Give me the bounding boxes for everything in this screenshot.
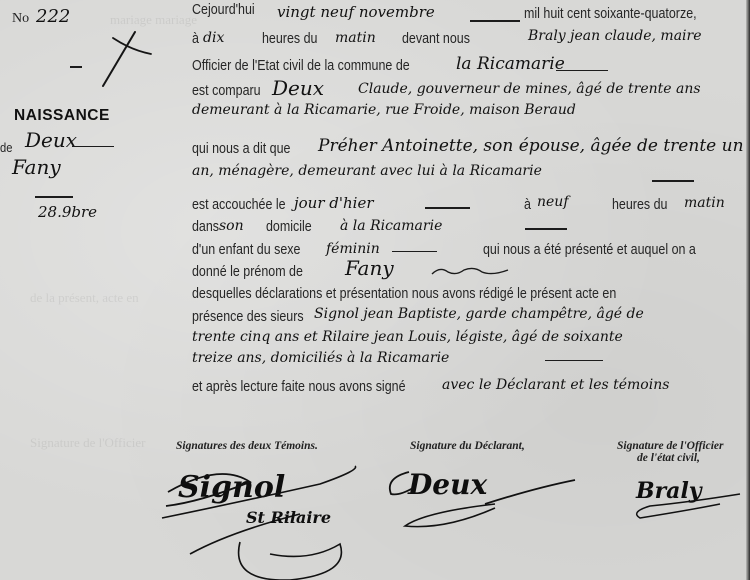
officer-signature-label-2: de l'état civil, [637, 452, 700, 464]
print-text: desquelles déclarations et présentation … [192, 286, 616, 302]
print-text: d'un enfant du sexe [192, 242, 300, 258]
print-text: Officier de l'Etat civil de la commune d… [192, 58, 410, 74]
record-number-label: No [12, 11, 29, 27]
witnesses-signature-label: Signatures des deux Témoins. [176, 440, 318, 452]
print-text: heures du [262, 31, 317, 47]
de-label: de [0, 140, 12, 155]
handwritten-given-name: Fany [345, 256, 394, 280]
print-text: mil huit cent soixante-quatorze, [524, 6, 697, 22]
record-number: 222 [36, 6, 70, 27]
fill-line [652, 180, 694, 182]
handwritten-address: demeurant à la Ricamarie, rue Froide, ma… [192, 102, 576, 118]
print-text: domicile [266, 219, 312, 235]
print-text: qui nous a dit que [192, 141, 290, 157]
print-text: qui nous a été présenté et auquel on a [483, 242, 696, 258]
declarant-signature-label: Signature du Déclarant, [410, 440, 525, 452]
fill-line [556, 70, 608, 71]
handwritten-signing-note: avec le Déclarant et les témoins [442, 377, 669, 393]
declarant-signature-flourish [385, 460, 585, 530]
fill-line [392, 251, 437, 252]
print-text: à [524, 197, 531, 213]
civil-record-page: mariage mariage de la présent, acte en S… [0, 0, 750, 580]
underline [35, 196, 73, 198]
handwritten-sex: féminin [326, 241, 380, 257]
date-note: 28.9bre [38, 203, 97, 221]
handwritten-witness-1: Signol jean Baptiste, garde champêtre, â… [314, 306, 644, 322]
print-text: présence des sieurs [192, 309, 304, 325]
print-text: donné le prénom de [192, 264, 303, 280]
handwritten-birth-hour: neuf [537, 194, 569, 210]
print-text: dans [192, 219, 219, 235]
handwritten-birth-period: matin [684, 195, 725, 211]
dash-mark [70, 66, 82, 68]
handwritten-declarant-details: Claude, gouverneur de mines, âgé de tren… [358, 81, 701, 97]
child-firstname-margin: Fany [12, 155, 61, 179]
fill-flourish [430, 264, 510, 278]
cross-mark-icon [95, 28, 155, 88]
handwritten-mother-details: an, ménagère, demeurant avec lui à la Ri… [192, 163, 542, 179]
bleed-through-text: de la présent, acte en [30, 290, 139, 306]
bleed-through-text: Signature de l'Officier [30, 435, 145, 451]
bleed-through-text: mariage mariage [110, 12, 197, 28]
officer-signature-flourish [630, 490, 750, 530]
fill-line [545, 360, 603, 361]
print-text: Cejourd'hui [192, 2, 255, 18]
handwritten-declarant-name: Deux [272, 76, 324, 100]
handwritten-date: vingt neuf novembre [277, 3, 435, 21]
handwritten-period: matin [335, 30, 376, 46]
print-text: est comparu [192, 83, 261, 99]
handwritten-commune: la Ricamarie [456, 54, 565, 74]
officer-signature-label: Signature de l'Officier [617, 440, 723, 452]
handwritten-hour: dix [203, 30, 224, 46]
print-text: devant nous [402, 31, 470, 47]
underline [72, 146, 114, 147]
handwritten-mother: Préher Antoinette, son épouse, âgée de t… [318, 136, 744, 156]
fill-line [525, 228, 567, 230]
print-text: et après lecture faite nous avons signé [192, 379, 406, 395]
page-edge-shadow [746, 0, 750, 580]
fill-line [470, 20, 520, 22]
print-text: heures du [612, 197, 667, 213]
handwritten-witness-2: trente cinq ans et Rilaire jean Louis, l… [192, 329, 623, 345]
handwritten-possessive: son [219, 218, 244, 234]
fill-line [425, 207, 470, 209]
print-text: à [192, 31, 199, 47]
witness-2-signature: St Rilaire [246, 508, 331, 527]
handwritten-witness-domicile: treize ans, domiciliés à la Ricamarie [192, 350, 449, 366]
child-surname-margin: Deux [25, 128, 77, 152]
handwritten-birth-day: jour d'hier [294, 194, 374, 212]
section-title: NAISSANCE [14, 107, 110, 125]
handwritten-birth-place: à la Ricamarie [340, 218, 442, 234]
print-text: est accouchée le [192, 197, 286, 213]
handwritten-officer: Braly jean claude, maire [528, 28, 702, 44]
